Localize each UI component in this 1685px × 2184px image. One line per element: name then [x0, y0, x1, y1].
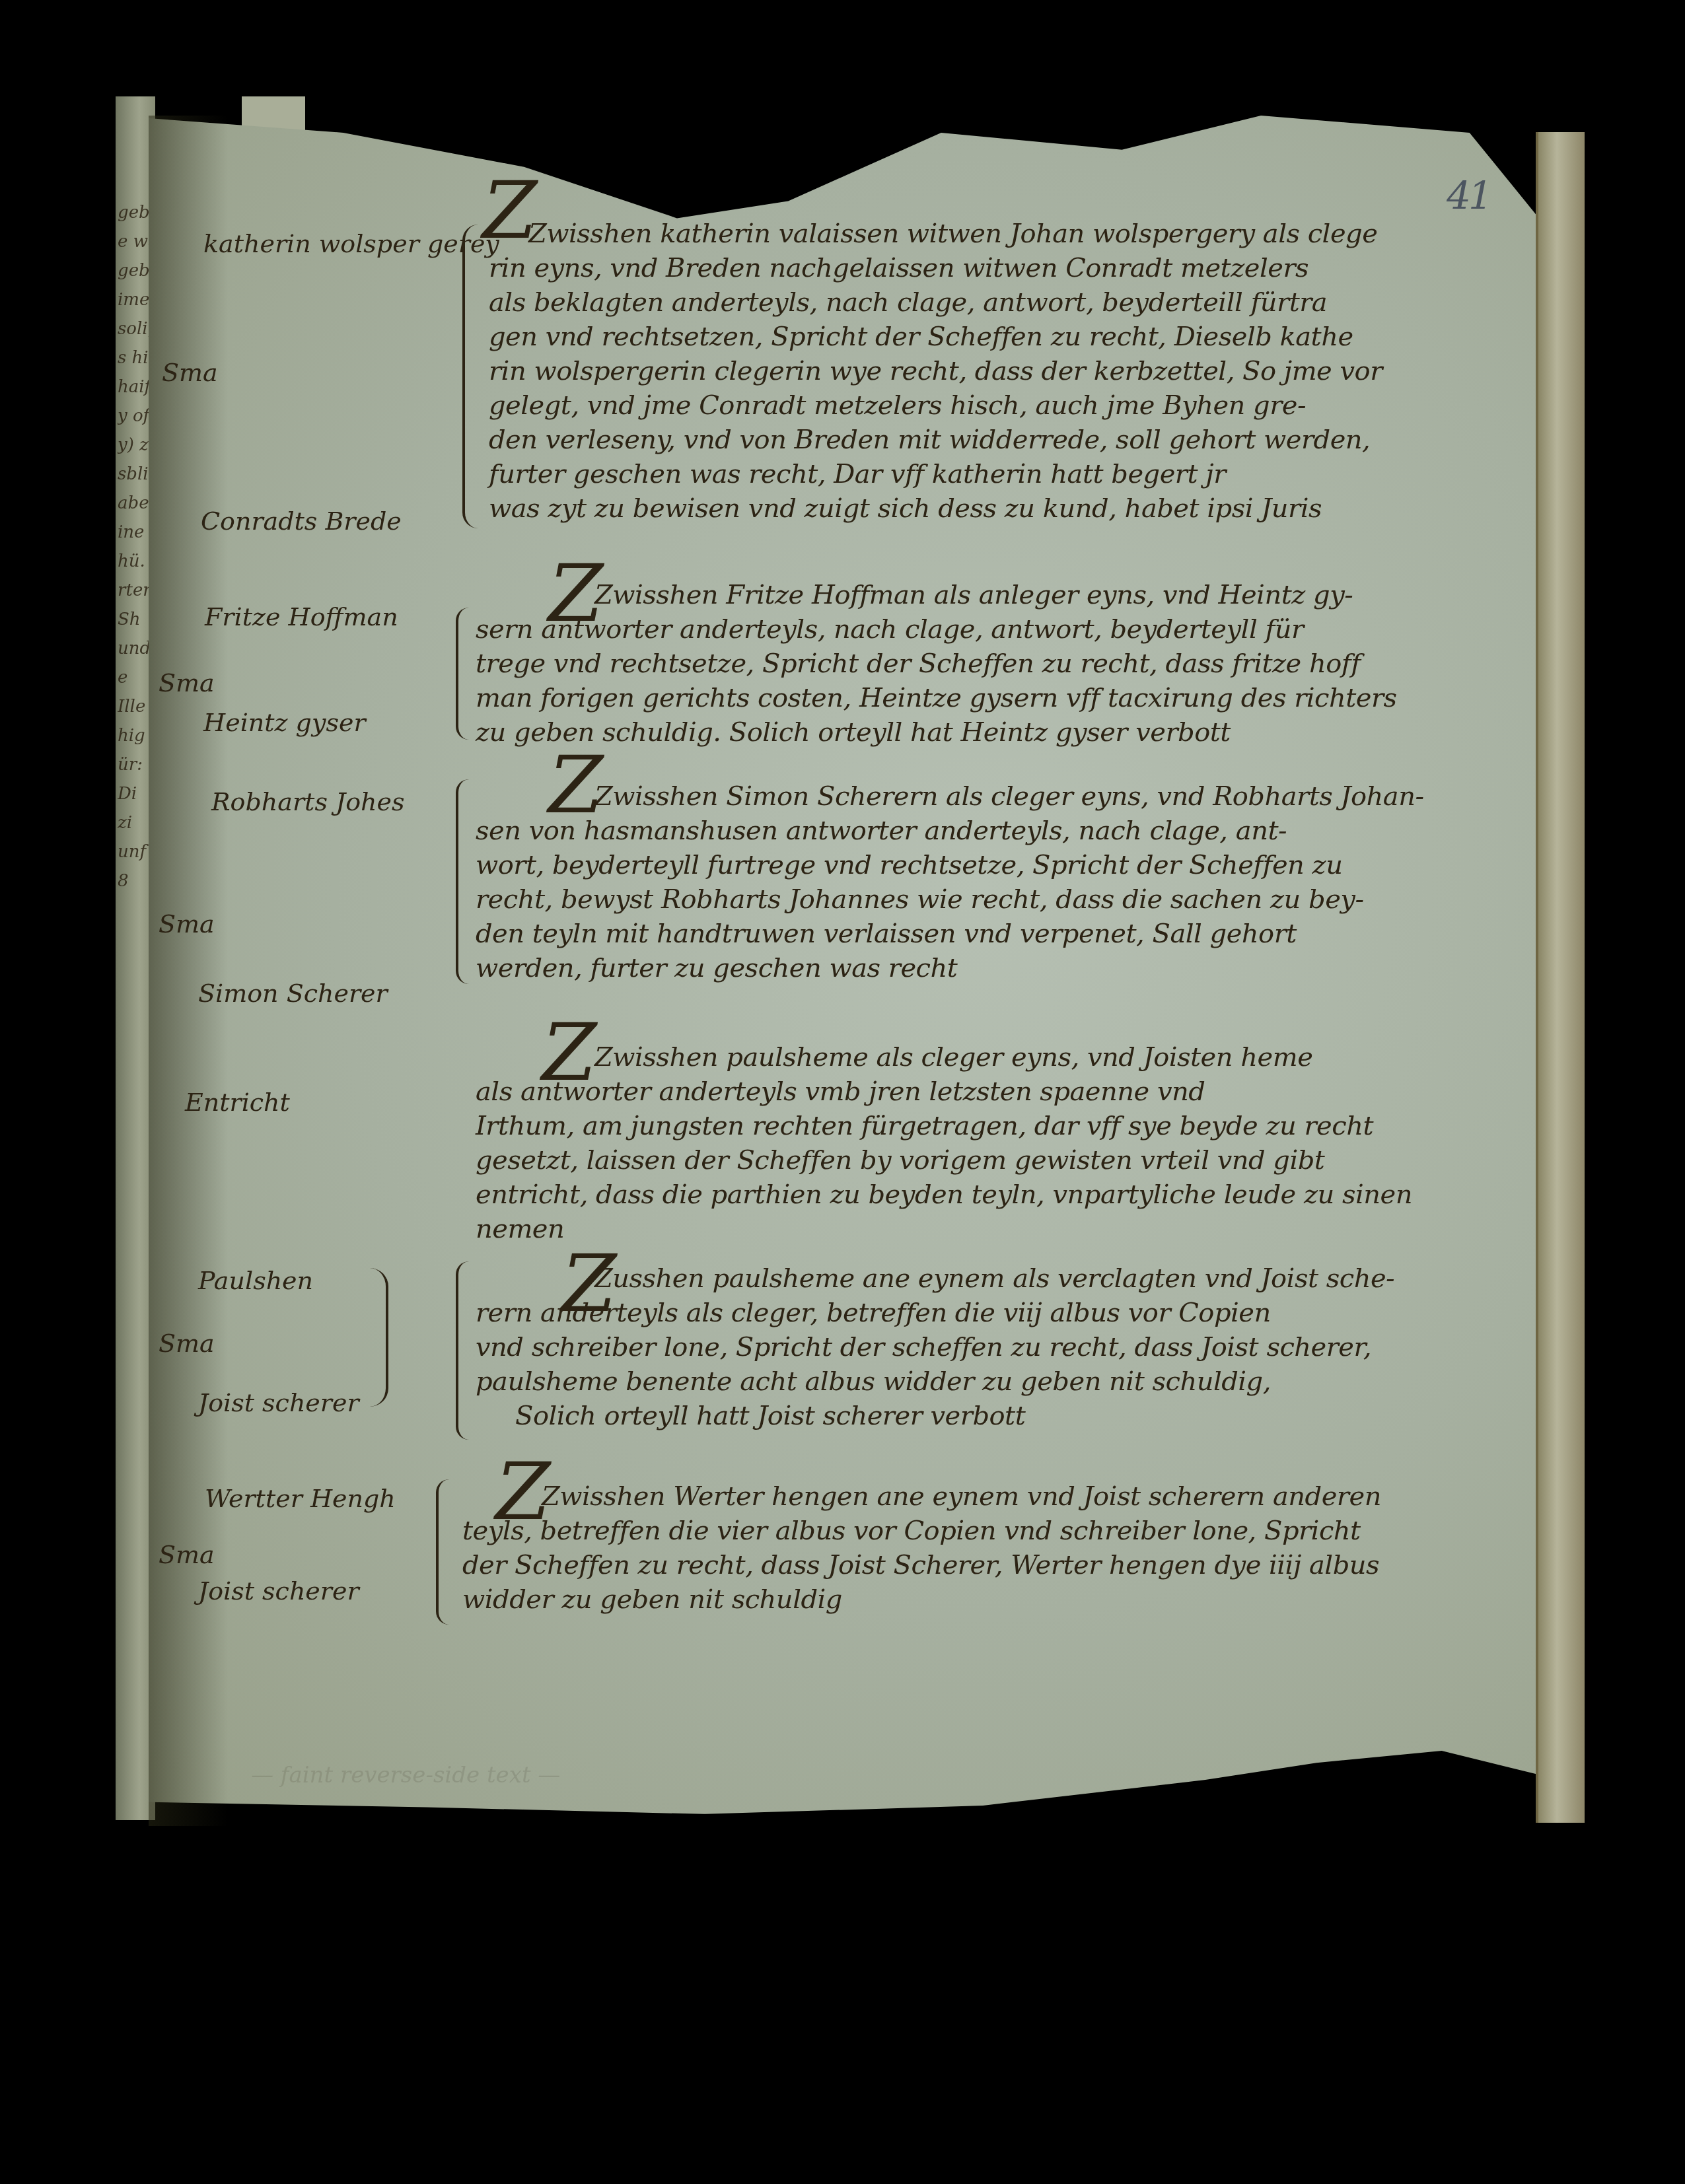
page-fore-edge: [1536, 132, 1585, 1823]
plaintiff-name: Wertter Hengh: [205, 1486, 396, 1511]
bracket: [436, 1479, 449, 1625]
conjunction-label: Sma: [159, 1542, 215, 1567]
bracket: [456, 779, 469, 984]
defendant-name: Simon Scherer: [198, 981, 388, 1006]
defendant-name: Joist scherer: [198, 1578, 359, 1603]
defendant-name: Heintz gyser: [203, 710, 366, 735]
bracket: [370, 1268, 388, 1407]
conjunction-label: Sma: [159, 670, 215, 695]
entry-text: Zwisshen Werter hengen ane eynem vnd Joi…: [462, 1479, 1381, 1617]
plaintiff-name: Fritze Hoffman: [205, 604, 398, 629]
bracket: [456, 1261, 469, 1440]
bleed-through-text: — faint reverse-side text —: [251, 1757, 560, 1794]
verdict-label: Entricht: [185, 1090, 290, 1115]
conjunction-label: Sma: [162, 360, 218, 385]
folio-number: 41: [1447, 173, 1490, 218]
bracket: [456, 608, 469, 740]
entry-text: Zwisshen Simon Scherern als cleger eyns,…: [476, 779, 1424, 985]
plaintiff-name: Robharts Johes: [211, 789, 405, 814]
bracket: [462, 225, 478, 528]
plaintiff-name: katherin wolsper gerey: [203, 231, 499, 256]
entry-text: Zwisshen katherin valaissen witwen Johan…: [489, 217, 1382, 526]
entry-text: Zwisshen Fritze Hoffman als anleger eyns…: [476, 578, 1397, 750]
defendant-name: Joist scherer: [198, 1390, 359, 1415]
plaintiff-name: Paulshen: [198, 1268, 313, 1293]
entry-text: Zwisshen paulsheme als cleger eyns, vnd …: [476, 1040, 1412, 1246]
conjunction-label: Sma: [159, 911, 215, 936]
defendant-name: Conradts Brede: [201, 509, 402, 534]
conjunction-label: Sma: [159, 1331, 215, 1356]
entry-text: Zusshen paulsheme ane eynem als verclagt…: [476, 1261, 1394, 1433]
